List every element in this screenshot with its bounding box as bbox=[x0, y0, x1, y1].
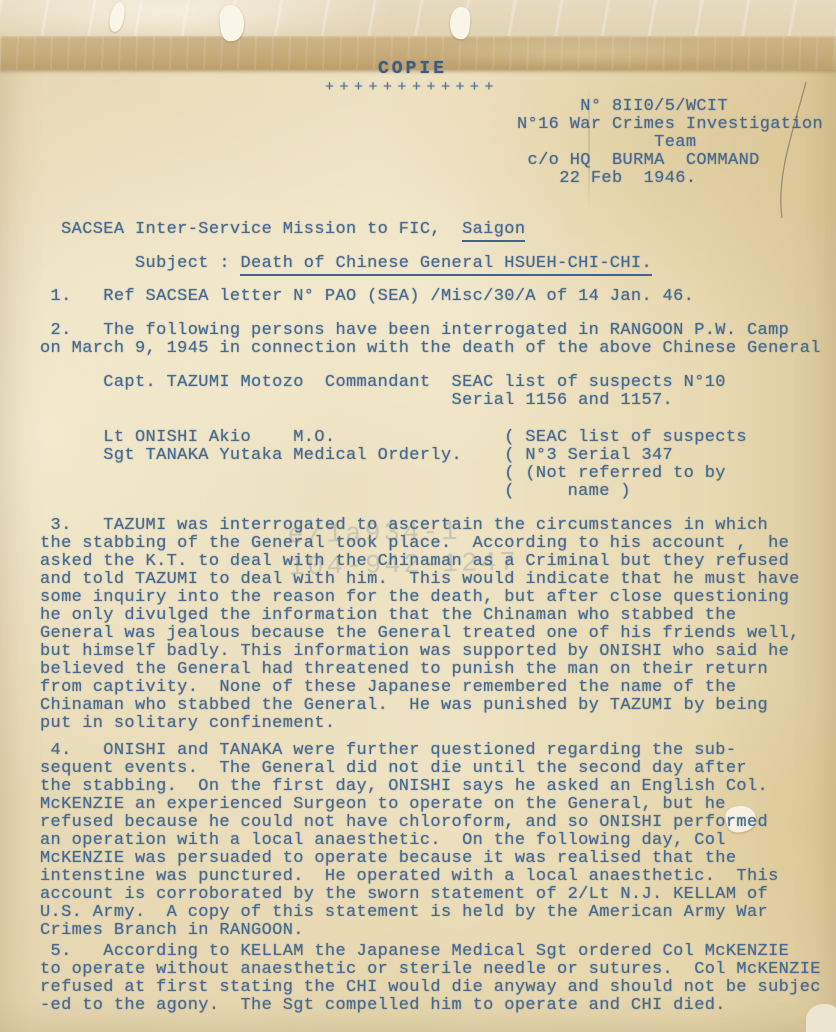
document-page: e/1a934-1 104-942-1247 COPIE +++++++++++… bbox=[0, 0, 836, 1032]
suspect-entry-tazumi: Capt. TAZUMI Motozo Commandant SEAC list… bbox=[40, 374, 726, 410]
ref-paragraph: 1. Ref SACSEA letter N° PAO (SEA) /Misc/… bbox=[40, 288, 694, 306]
subject-line: Subject : Death of Chinese General HSUEH… bbox=[40, 255, 652, 273]
subject-prefix: Subject : bbox=[40, 254, 240, 273]
address-underlined: Saigon bbox=[462, 220, 525, 242]
subject-underlined: Death of Chinese General HSUEH-CHI-CHI. bbox=[240, 254, 652, 276]
copie-heading: COPIE bbox=[378, 60, 447, 78]
paper-top-edge bbox=[0, 0, 836, 38]
suspect-entry-onishi-tanaka: Lt ONISHI Akio M.O. ( SEAC list of suspe… bbox=[40, 429, 747, 501]
address-line: SACSEA Inter-Service Mission to FIC, Sai… bbox=[40, 221, 525, 239]
address-prefix: SACSEA Inter-Service Mission to FIC, bbox=[40, 220, 462, 239]
copie-underline: ++++++++++++ bbox=[325, 79, 499, 97]
paragraph-3: 3. TAZUMI was interrogated to ascertain … bbox=[40, 517, 800, 733]
paragraph-4: 4. ONISHI and TANAKA were further questi… bbox=[40, 742, 779, 940]
paragraph-2: 2. The following persons have been inter… bbox=[40, 322, 821, 358]
letterhead: N° 8II0/5/WCITN°16 War Crimes Investigat… bbox=[517, 98, 823, 188]
paragraph-5: 5. According to KELLAM the Japanese Medi… bbox=[40, 943, 821, 1015]
